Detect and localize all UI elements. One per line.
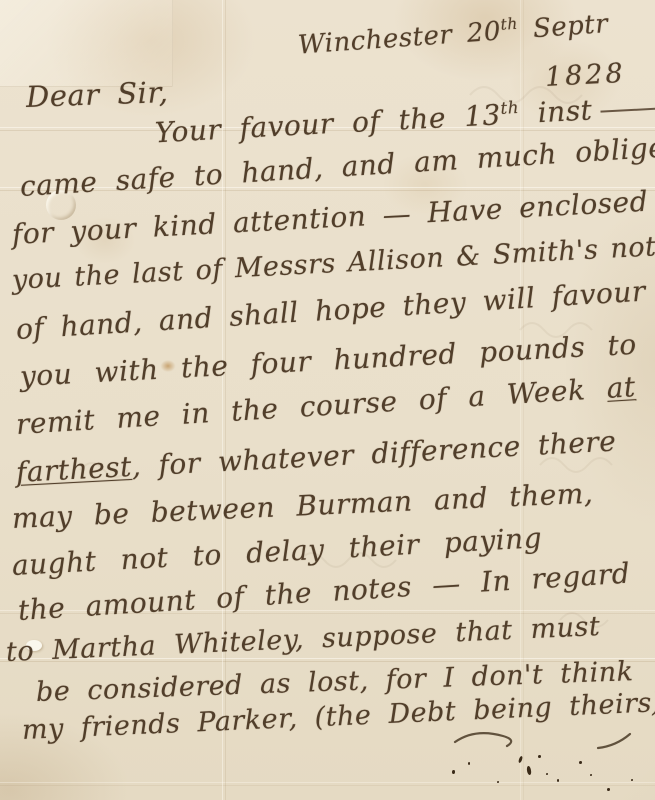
opening-text: Your favour of the 13 xyxy=(154,98,502,149)
letter-page: Winchester 20th Septr 1828 Dear Sir, You… xyxy=(0,0,655,800)
underlined-word: farthest xyxy=(15,450,132,489)
underlined-word: at xyxy=(606,370,637,405)
ink-spot xyxy=(607,788,610,791)
opening-sup: th xyxy=(500,97,520,118)
ink-spot xyxy=(546,773,548,775)
ink-spot xyxy=(468,762,470,765)
salutation: Dear Sir, xyxy=(25,75,168,114)
ink-spot xyxy=(557,779,559,782)
dateline-year: 1828 xyxy=(544,58,626,93)
dateline-month: Septr xyxy=(517,9,609,45)
ink-spot xyxy=(526,766,532,776)
dateline-day-suffix: th xyxy=(500,15,519,34)
ink-spot xyxy=(497,781,499,783)
ink-spot xyxy=(538,755,541,758)
line-text: , for whatever difference there xyxy=(131,425,617,483)
dateline-place-day: Winchester 20 xyxy=(297,16,502,60)
ink-spot xyxy=(631,779,633,781)
opening-post: inst xyxy=(519,93,594,130)
fold-line xyxy=(0,782,655,786)
ink-spot xyxy=(590,774,592,776)
ink-spot xyxy=(579,761,582,764)
corner-fold xyxy=(0,0,173,87)
dateline: Winchester 20th Septr xyxy=(297,8,609,60)
ink-spot xyxy=(452,770,455,774)
flourish-dash xyxy=(600,107,655,113)
